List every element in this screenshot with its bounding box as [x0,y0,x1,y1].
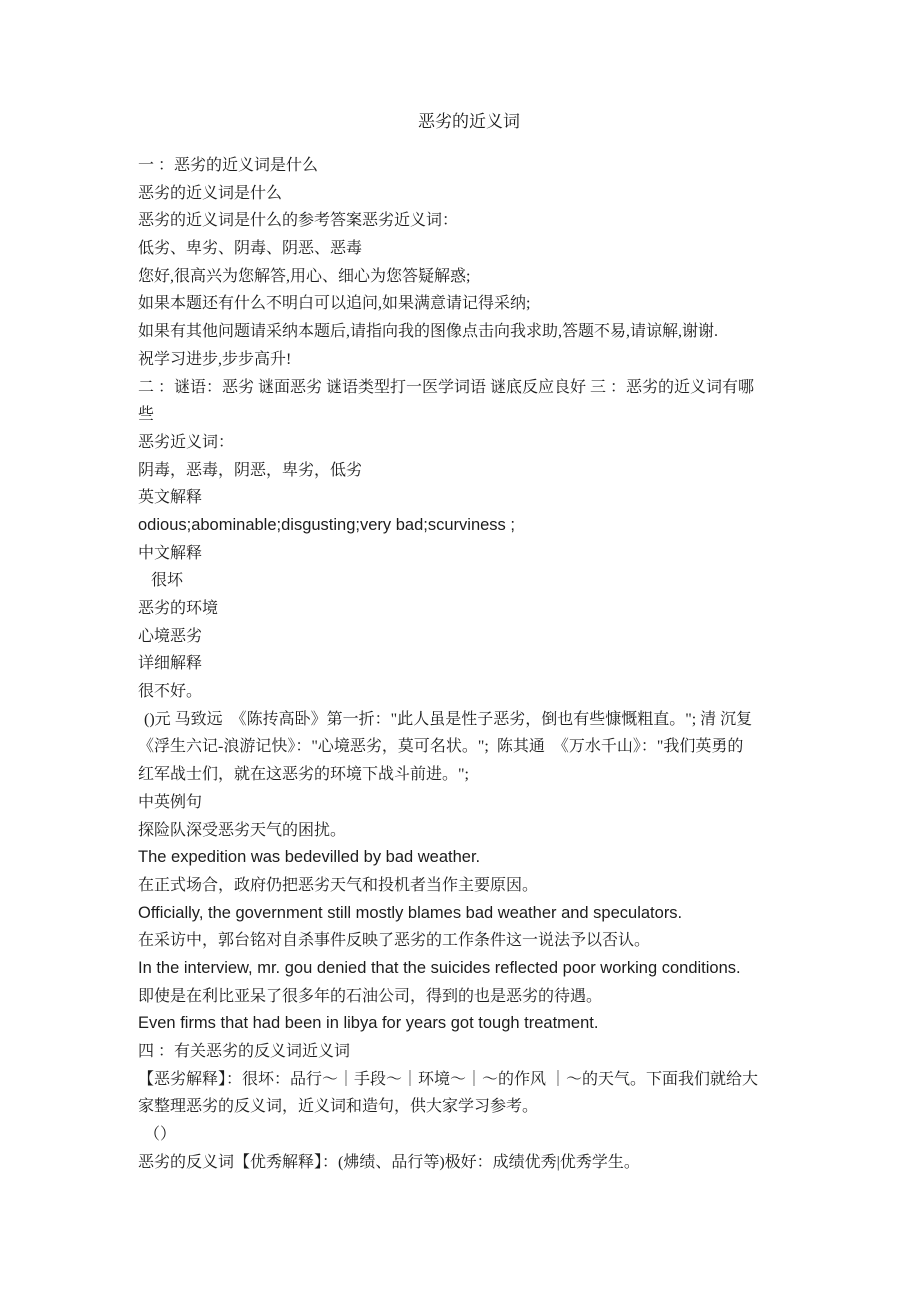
text-line: 很不好。 [138,678,800,706]
text-line: （） [138,1121,800,1149]
text-line: 祝学习进步,步步高升! [138,346,800,374]
text-line: 您好,很高兴为您解答,用心、细心为您答疑解惑; [138,263,800,291]
text-line: 【恶劣解释】：很坏：品行～｜手段～｜环境～｜～的作风 ｜～的天气。下面我们就给大 [138,1066,800,1094]
text-line-english: odious;abominable;disgusting;very bad;sc… [138,512,800,540]
text-line: 恶劣近义词： [138,429,800,457]
text-line: 恶劣的环境 [138,595,800,623]
text-line: 在采访中，郭台铭对自杀事件反映了恶劣的工作条件这一说法予以否认。 [138,927,800,955]
text-line: 即使是在利比亚呆了很多年的石油公司，得到的也是恶劣的待遇。 [138,983,800,1011]
document-page: 恶劣的近义词 一 ：恶劣的近义词是什么 恶劣的近义词是什么 恶劣的近义词是什么的… [0,0,920,1302]
text-line: 四 ：有关恶劣的反义词近义词 [138,1038,800,1066]
text-line: 家整理恶劣的反义词，近义词和造句，供大家学习参考。 [138,1093,800,1121]
text-line-english: The expedition was bedevilled by bad wea… [138,844,800,872]
text-line: 恶劣的近义词是什么的参考答案恶劣近义词： [138,207,800,235]
text-line: 如果有其他问题请采纳本题后,请指向我的图像点击向我求助,答题不易,请谅解,谢谢. [138,318,800,346]
text-line: 在正式场合，政府仍把恶劣天气和投机者当作主要原因。 [138,872,800,900]
text-line: ()元 马致远 《陈抟高卧》第一折："此人虽是性子恶劣，倒也有些慷慨粗直。"; … [138,706,800,734]
text-line: 恶劣的近义词是什么 [138,180,800,208]
text-line: 些 [138,401,800,429]
text-line-english: Officially, the government still mostly … [138,900,800,928]
text-line-english: In the interview, mr. gou denied that th… [138,955,800,983]
text-line: 探险队深受恶劣天气的困扰。 [138,817,800,845]
text-line: 《浮生六记-浪游记快》："心境恶劣，莫可名状。"; 陈其通 《万水千山》："我们… [138,733,800,761]
text-line: 心境恶劣 [138,623,800,651]
text-line: 一 ：恶劣的近义词是什么 [138,152,800,180]
text-line: 中文解释 [138,540,800,568]
text-line: 很坏 [138,567,800,595]
text-line: 详细解释 [138,650,800,678]
text-line: 低劣、卑劣、阴毒、阴恶、恶毒 [138,235,800,263]
text-line: 英文解释 [138,484,800,512]
text-line: 阴毒，恶毒，阴恶，卑劣，低劣 [138,457,800,485]
document-content: 恶劣的近义词 一 ：恶劣的近义词是什么 恶劣的近义词是什么 恶劣的近义词是什么的… [138,108,800,1176]
text-line: 二 ：谜语：恶劣 谜面恶劣 谜语类型打一医学词语 谜底反应良好 三 ：恶劣的近义… [138,374,800,402]
text-line: 红军战士们，就在这恶劣的环境下战斗前进。"; [138,761,800,789]
document-title: 恶劣的近义词 [138,108,800,136]
text-line: 恶劣的反义词【优秀解释】：(炥绩、品行等)极好：成绩优秀|优秀学生。 [138,1149,800,1177]
text-line-english: Even firms that had been in libya for ye… [138,1010,800,1038]
text-line: 如果本题还有什么不明白可以追问,如果满意请记得采纳; [138,290,800,318]
text-line: 中英例句 [138,789,800,817]
